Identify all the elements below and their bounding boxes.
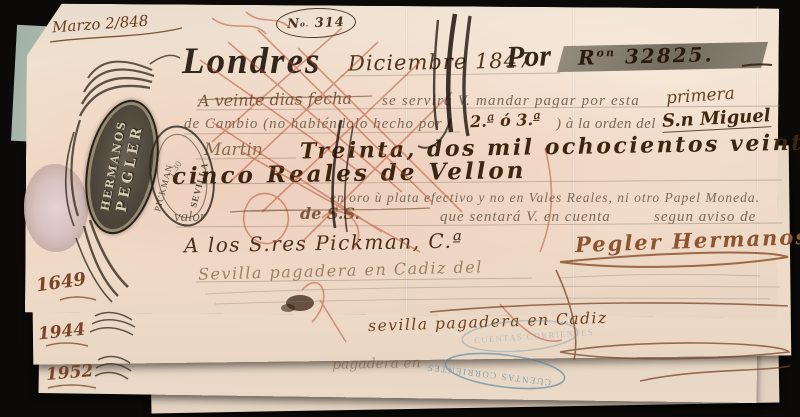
payee-line2: Martin [204,140,263,160]
orden-clause: ) à la orden del [556,116,656,133]
serial-prefix: N [287,16,300,31]
specie-clause: en oro ù plata efectivo y no en Vales Re… [330,190,760,206]
amount-digits: 32825. [625,42,714,68]
sheet3-number: 1952 [45,361,94,385]
sheet3-endorsement: pagadera en [332,355,421,373]
serial-number: 314 [314,14,345,30]
valor-label: valor [174,209,206,226]
amount-figures: Ron 32825. [578,42,714,70]
document-photo: HERMANOS PEGLER Marzo 2/848 No. 314 Lond… [0,0,800,417]
term-handwritten: A veinte dias fecha [198,89,352,111]
amount-prefix: R [578,45,597,69]
cambio-clause: de Cambio (no habiéndolo hecho por l [184,116,452,133]
wafer-seal [24,164,88,252]
drawee-name: A los S.res Pickman, C.ª [184,229,464,258]
place-name: Londres [182,40,321,83]
cuenta-clause: que sentará V. en cuenta [440,209,611,226]
aviso-clause: segun aviso de [654,209,756,226]
serial-sup: o. [300,19,309,28]
pay-clause: se servirá V. mandar pagar por esta [382,93,640,110]
amount-sup: on [596,46,616,60]
copies-word: 2.ª ó 3.ª [470,110,541,131]
por-label: Por [505,39,551,75]
valor-note: de S.S. [300,204,360,223]
